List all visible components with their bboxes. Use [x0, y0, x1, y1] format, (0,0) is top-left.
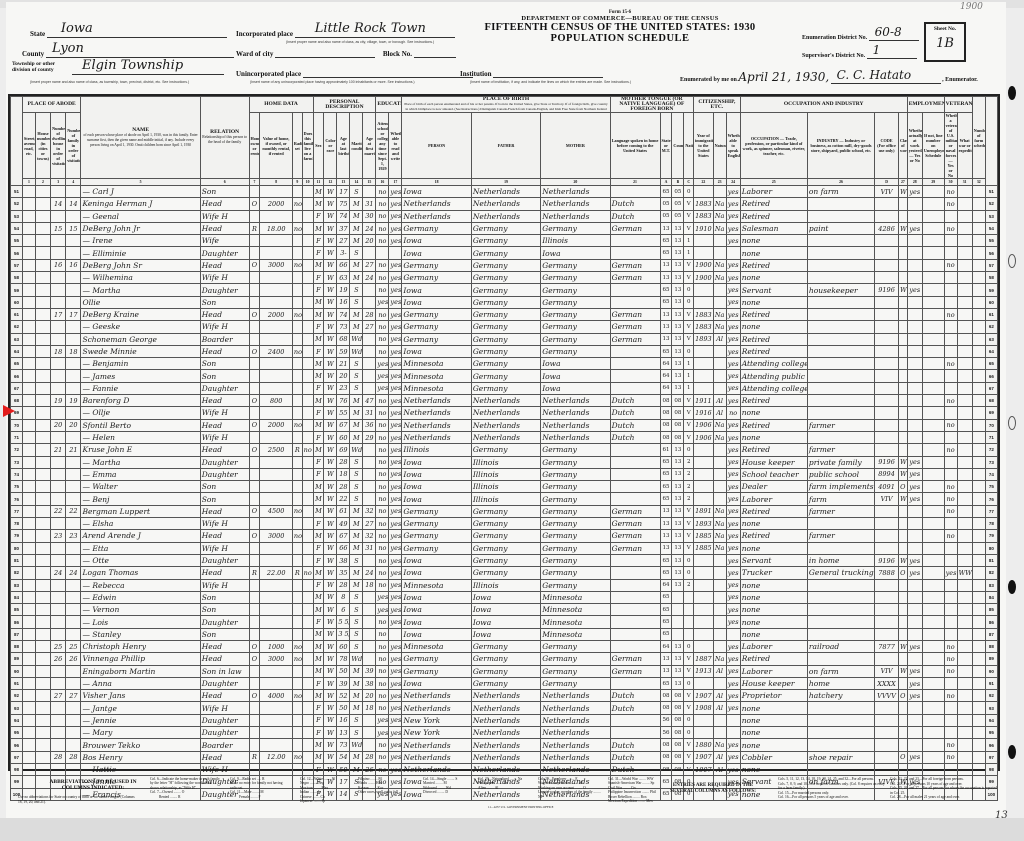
- cell-occupation: Retired: [740, 395, 807, 407]
- cell-race: W: [324, 591, 337, 603]
- entries-required-title: ENTRIES ARE REQUIRED IN THE SEVERAL COLU…: [663, 783, 763, 795]
- col-radio: Radio set: [292, 113, 302, 179]
- cell-cc: 0: [684, 345, 694, 357]
- cell-farm: [302, 739, 313, 751]
- cell-relation: Wife H: [200, 272, 249, 284]
- cell-occupation: Laborer: [740, 493, 807, 505]
- column-number: 11: [313, 179, 324, 186]
- cell-street: [22, 542, 35, 554]
- cell-age-married: [363, 628, 376, 640]
- cell-occupation: Retired: [740, 419, 807, 431]
- cell-owned: [249, 358, 260, 370]
- line-number: 84: [985, 591, 997, 603]
- cell-name: Kruse John E: [81, 444, 200, 456]
- cell-house: [35, 751, 50, 763]
- cell-street: [22, 222, 35, 234]
- cell-relation: Head: [200, 567, 249, 579]
- cell-name: — Vernon: [81, 604, 200, 616]
- cell-read: yes: [389, 518, 402, 530]
- col-father: FATHER: [471, 113, 540, 179]
- cell-house: [35, 468, 50, 480]
- cell-person: Minnesota: [402, 579, 471, 591]
- cell-cc: V: [684, 431, 694, 443]
- cell-school: no: [376, 677, 389, 689]
- cell-person: Netherlands: [402, 210, 471, 222]
- cell-war: [957, 247, 972, 259]
- cell-mother: Netherlands: [541, 714, 610, 726]
- cell-industry: [807, 616, 874, 628]
- cell-race: W: [324, 222, 337, 234]
- cell-owned: [249, 296, 260, 308]
- cell-father: Illinois: [471, 456, 540, 468]
- cell-house: [35, 395, 50, 407]
- cell-marital: S: [350, 554, 363, 566]
- cell-marital: M: [350, 431, 363, 443]
- cell-age: 59: [337, 345, 350, 357]
- cell-father: Germany: [471, 235, 540, 247]
- cell-read: yes: [389, 567, 402, 579]
- line-number: 92: [985, 690, 997, 702]
- cell-immig: 1913: [694, 665, 714, 677]
- cell-work: [907, 604, 922, 616]
- cell-age: 54: [337, 751, 350, 763]
- cell-unemp: [922, 296, 944, 308]
- cell-mother: Netherlands: [541, 751, 610, 763]
- cell-occupation: Retired: [740, 198, 807, 210]
- cell-cc: 0: [684, 296, 694, 308]
- cell-class: [898, 308, 907, 320]
- table-row: 65— BenjaminSonMW21SyesyesMinnesotaGerma…: [11, 358, 998, 370]
- census-rows: 51— Carl JSonMW17SnoyesIowaNetherlandsNe…: [11, 186, 998, 801]
- line-number: 91: [985, 677, 997, 689]
- cell-age-married: 31: [363, 198, 376, 210]
- cell-value: 2000: [260, 419, 293, 431]
- cell-natz: [713, 296, 726, 308]
- cell-father: Illinois: [471, 579, 540, 591]
- cell-owned: [249, 431, 260, 443]
- cell-race: W: [324, 604, 337, 616]
- cell-ca: 65: [660, 235, 672, 247]
- cell-street: [22, 739, 35, 751]
- cell-radio: [292, 370, 302, 382]
- line-number: 87: [11, 628, 23, 640]
- cell-relation: Head: [200, 653, 249, 665]
- abbr-col31: Col. 31—World War ........ WW Spanish-Am…: [608, 777, 656, 803]
- cell-person: Iowa: [402, 284, 471, 296]
- cell-natz: Na: [713, 419, 726, 431]
- cell-house: [35, 210, 50, 222]
- cell-ca: 13: [660, 653, 672, 665]
- line-number: 74: [985, 468, 997, 480]
- cell-race: W: [324, 382, 337, 394]
- cell-mother: Netherlands: [541, 690, 610, 702]
- cell-name: — Edwin: [81, 591, 200, 603]
- cell-read: yes: [389, 554, 402, 566]
- cell-read: yes: [389, 653, 402, 665]
- cell-immig: 1907: [694, 751, 714, 763]
- cell-ca: 65: [660, 296, 672, 308]
- cell-person: Netherlands: [402, 431, 471, 443]
- cell-industry: [807, 272, 874, 284]
- cell-mother: Netherlands: [541, 186, 610, 198]
- line-number: 52: [11, 198, 23, 210]
- cell-family: [66, 468, 81, 480]
- cell-radio: no: [292, 751, 302, 763]
- cell-language: [610, 591, 660, 603]
- cell-school: [376, 247, 389, 259]
- cell-age: 61: [337, 505, 350, 517]
- cell-language: Dutch: [610, 395, 660, 407]
- cell-mother: Germany: [541, 481, 610, 493]
- table-row: 87— StanleySonMW3 5/12SnoIowaIowaMinneso…: [11, 628, 998, 640]
- cell-class: [898, 210, 907, 222]
- cell-race: W: [324, 210, 337, 222]
- cell-dwelling: 25: [51, 640, 66, 652]
- cell-house: [35, 542, 50, 554]
- cell-industry: [807, 333, 874, 345]
- cell-work: [907, 358, 922, 370]
- cell-language: [610, 247, 660, 259]
- cell-radio: [292, 665, 302, 677]
- cell-school: no: [376, 198, 389, 210]
- line-number: 90: [985, 665, 997, 677]
- cell-farm-sched: [972, 468, 985, 480]
- table-row: 90Eningaborn MartinSon in lawMW50M39noye…: [11, 665, 998, 677]
- cell-street: [22, 321, 35, 333]
- cell-english: yes: [726, 358, 740, 370]
- cell-natz: Na: [713, 272, 726, 284]
- cell-street: [22, 308, 35, 320]
- cell-farm-sched: [972, 284, 985, 296]
- cell-occupation: Laborer: [740, 665, 807, 677]
- cell-name: — Etta: [81, 542, 200, 554]
- cell-mother: Germany: [541, 468, 610, 480]
- cell-occ-code: [875, 505, 899, 517]
- cell-english: yes: [726, 321, 740, 333]
- cell-language: German: [610, 653, 660, 665]
- cell-occ-code: [875, 702, 899, 714]
- cell-natz: [713, 481, 726, 493]
- cell-radio: [292, 677, 302, 689]
- cell-industry: farm implements: [807, 481, 874, 493]
- cell-english: yes: [726, 653, 740, 665]
- cell-dwelling: 16: [51, 259, 66, 271]
- cell-occ-code: [875, 407, 899, 419]
- cell-father: Germany: [471, 370, 540, 382]
- table-row: 96Brouwer TekkoBoarderMW73WdnoyesNetherl…: [11, 739, 998, 751]
- cell-age-married: 20: [363, 235, 376, 247]
- cell-occupation: none: [740, 321, 807, 333]
- state-value: Iowa: [61, 21, 93, 36]
- cell-house: [35, 321, 50, 333]
- cell-cc: 2: [684, 493, 694, 505]
- cell-street: [22, 272, 35, 284]
- cell-cb: 13: [672, 530, 684, 542]
- col-dwelling: Number of dwelling house in order of vis…: [51, 113, 66, 179]
- cell-value: 3000: [260, 653, 293, 665]
- cell-occ-code: [875, 382, 899, 394]
- cell-industry: [807, 579, 874, 591]
- cell-natz: Na: [713, 653, 726, 665]
- cell-ca: 65: [660, 468, 672, 480]
- cell-natz: [713, 567, 726, 579]
- cell-class: W: [898, 222, 907, 234]
- cell-dwelling: [51, 321, 66, 333]
- cell-mother: Germany: [541, 493, 610, 505]
- cell-family: 15: [66, 222, 81, 234]
- cell-unemp: [922, 751, 944, 763]
- cell-unemp: [922, 235, 944, 247]
- cell-house: [35, 222, 50, 234]
- enumerator-name: C. C. Hatato: [837, 68, 911, 82]
- cell-school: no: [376, 702, 389, 714]
- cell-work: [907, 382, 922, 394]
- cell-sex: M: [313, 222, 324, 234]
- cell-cc: V: [684, 333, 694, 345]
- cell-industry: [807, 653, 874, 665]
- cell-marital: M: [350, 222, 363, 234]
- cell-person: Germany: [402, 505, 471, 517]
- row-indicator-arrow: [3, 405, 15, 417]
- cell-language: German: [610, 530, 660, 542]
- cell-relation: Boarder: [200, 739, 249, 751]
- cell-family: [66, 407, 81, 419]
- cell-class: [898, 616, 907, 628]
- cell-occ-code: [875, 444, 899, 456]
- cell-farm: [302, 604, 313, 616]
- cell-class: [898, 579, 907, 591]
- cell-veteran: [944, 382, 957, 394]
- cell-father: Netherlands: [471, 727, 540, 739]
- cell-race: W: [324, 370, 337, 382]
- cell-farm-sched: [972, 419, 985, 431]
- cell-language: [610, 554, 660, 566]
- cell-dwelling: [51, 493, 66, 505]
- cell-dwelling: 24: [51, 567, 66, 579]
- cell-occupation: none: [740, 542, 807, 554]
- cell-english: yes: [726, 567, 740, 579]
- cell-mother: Netherlands: [541, 198, 610, 210]
- cell-house: [35, 604, 50, 616]
- cell-farm-sched: [972, 604, 985, 616]
- cell-industry: home: [807, 677, 874, 689]
- cell-sex: F: [313, 210, 324, 222]
- cell-language: Dutch: [610, 419, 660, 431]
- line-number: 77: [11, 505, 23, 517]
- cell-person: Iowa: [402, 296, 471, 308]
- cell-natz: Na: [713, 259, 726, 271]
- cell-age: 66: [337, 542, 350, 554]
- cell-immig: [694, 456, 714, 468]
- cell-age: 60: [337, 431, 350, 443]
- cell-english: yes: [726, 382, 740, 394]
- cell-sex: F: [313, 235, 324, 247]
- cell-war: [957, 358, 972, 370]
- table-row: 67— FannieDaughterFW23SyesyesMinnesotaGe…: [11, 382, 998, 394]
- cell-english: no: [726, 407, 740, 419]
- cell-dwelling: 14: [51, 198, 66, 210]
- cell-veteran: no: [944, 395, 957, 407]
- cell-farm: [302, 653, 313, 665]
- cell-dwelling: [51, 468, 66, 480]
- cell-mother: Germany: [541, 333, 610, 345]
- table-row: 83— RebeccaWife HFW28M18noyesMinnesotaIl…: [11, 579, 998, 591]
- cell-ca: 65: [660, 284, 672, 296]
- cell-industry: in home: [807, 554, 874, 566]
- cell-work: [907, 579, 922, 591]
- cell-person: Netherlands: [402, 739, 471, 751]
- cell-cb: 13: [672, 308, 684, 320]
- cell-immig: 1916: [694, 407, 714, 419]
- cell-ca: 65: [660, 456, 672, 468]
- cell-unemp: [922, 284, 944, 296]
- cell-language: [610, 345, 660, 357]
- cell-farm: [302, 640, 313, 652]
- column-number: 25: [740, 179, 807, 186]
- cell-class: [898, 370, 907, 382]
- cell-mother: Netherlands: [541, 431, 610, 443]
- column-number: 20: [541, 179, 610, 186]
- cell-language: [610, 444, 660, 456]
- cell-occupation: none: [740, 739, 807, 751]
- cell-natz: [713, 677, 726, 689]
- cell-relation: Head: [200, 640, 249, 652]
- cell-marital: M: [350, 272, 363, 284]
- cell-house: [35, 333, 50, 345]
- cell-war: [957, 714, 972, 726]
- column-number: 19: [471, 179, 540, 186]
- cell-class: [898, 591, 907, 603]
- cell-school: yes: [376, 604, 389, 616]
- cell-relation: Son: [200, 604, 249, 616]
- cell-language: German: [610, 505, 660, 517]
- cell-name: — Irene: [81, 235, 200, 247]
- cell-read: yes: [389, 284, 402, 296]
- cell-farm-sched: [972, 198, 985, 210]
- cell-natz: Al: [713, 395, 726, 407]
- cell-house: [35, 186, 50, 198]
- cell-house: [35, 345, 50, 357]
- cell-relation: Daughter: [200, 616, 249, 628]
- cell-father: Netherlands: [471, 702, 540, 714]
- cell-mother: Germany: [541, 505, 610, 517]
- cell-work: [907, 530, 922, 542]
- cell-relation: Wife H: [200, 407, 249, 419]
- cell-unemp: [922, 530, 944, 542]
- cell-ca: 65: [660, 604, 672, 616]
- cell-radio: no: [292, 530, 302, 542]
- cell-english: yes: [726, 186, 740, 198]
- cell-work: yes: [907, 186, 922, 198]
- cell-language: [610, 370, 660, 382]
- cell-occ-code: [875, 235, 899, 247]
- cell-relation: Head: [200, 345, 249, 357]
- cell-unemp: [922, 321, 944, 333]
- cell-industry: [807, 358, 874, 370]
- cell-work: [907, 395, 922, 407]
- cell-war: [957, 505, 972, 517]
- cell-age-married: 30: [363, 210, 376, 222]
- cell-name: — Ollje: [81, 407, 200, 419]
- cell-veteran: [944, 272, 957, 284]
- cell-sex: M: [313, 333, 324, 345]
- cell-occ-code: [875, 653, 899, 665]
- cell-cc: V: [684, 751, 694, 763]
- cell-natz: Na: [713, 308, 726, 320]
- cell-war: [957, 530, 972, 542]
- binder-hole: [1008, 580, 1016, 594]
- cell-marital: M: [350, 210, 363, 222]
- column-number: A: [660, 179, 672, 186]
- cell-read: yes: [389, 272, 402, 284]
- cell-industry: [807, 198, 874, 210]
- cell-industry: shoe repair: [807, 751, 874, 763]
- cell-english: yes: [726, 702, 740, 714]
- cell-cb: 08: [672, 751, 684, 763]
- cell-veteran: [944, 604, 957, 616]
- cell-work: [907, 333, 922, 345]
- line-number: 88: [11, 640, 23, 652]
- ed-value: 60-8: [875, 25, 902, 39]
- cell-sex: M: [313, 395, 324, 407]
- cell-mother: Minnesota: [541, 604, 610, 616]
- cell-war: [957, 186, 972, 198]
- cell-occ-code: [875, 321, 899, 333]
- cell-name: DeBerg Kraine: [81, 308, 200, 320]
- cell-sex: M: [313, 370, 324, 382]
- cell-race: W: [324, 616, 337, 628]
- cell-read: yes: [389, 456, 402, 468]
- cell-street: [22, 714, 35, 726]
- cell-family: 18: [66, 345, 81, 357]
- cell-ca: 61: [660, 444, 672, 456]
- cell-ca: 65: [660, 567, 672, 579]
- cell-unemp: [922, 554, 944, 566]
- cell-relation: Daughter: [200, 677, 249, 689]
- cell-relation: Daughter: [200, 468, 249, 480]
- cell-father: Germany: [471, 518, 540, 530]
- ward-field: Ward of city Block No.: [236, 50, 456, 58]
- cell-farm-sched: [972, 714, 985, 726]
- cell-mother: Illinois: [541, 235, 610, 247]
- cell-name: — Geeske: [81, 321, 200, 333]
- cell-cc: [684, 616, 694, 628]
- cell-farm: [302, 542, 313, 554]
- cell-cb: [672, 604, 684, 616]
- cell-read: yes: [389, 321, 402, 333]
- cell-veteran: no: [944, 222, 957, 234]
- cell-owned: O: [249, 530, 260, 542]
- line-number: 66: [985, 370, 997, 382]
- cell-class: [898, 296, 907, 308]
- cell-radio: R: [292, 444, 302, 456]
- cell-marital: S: [350, 296, 363, 308]
- cell-house: [35, 579, 50, 591]
- cell-occ-code: [875, 370, 899, 382]
- cell-sex: M: [313, 505, 324, 517]
- cell-natz: Al: [713, 665, 726, 677]
- column-number: 15: [363, 179, 376, 186]
- cell-value: 3000: [260, 530, 293, 542]
- cell-owned: [249, 272, 260, 284]
- cell-relation: Son: [200, 628, 249, 640]
- cell-farm: [302, 714, 313, 726]
- cell-ca: 13: [660, 518, 672, 530]
- cell-sex: F: [313, 284, 324, 296]
- cell-cc: 1: [684, 370, 694, 382]
- cell-farm: [302, 370, 313, 382]
- cell-unemp: [922, 604, 944, 616]
